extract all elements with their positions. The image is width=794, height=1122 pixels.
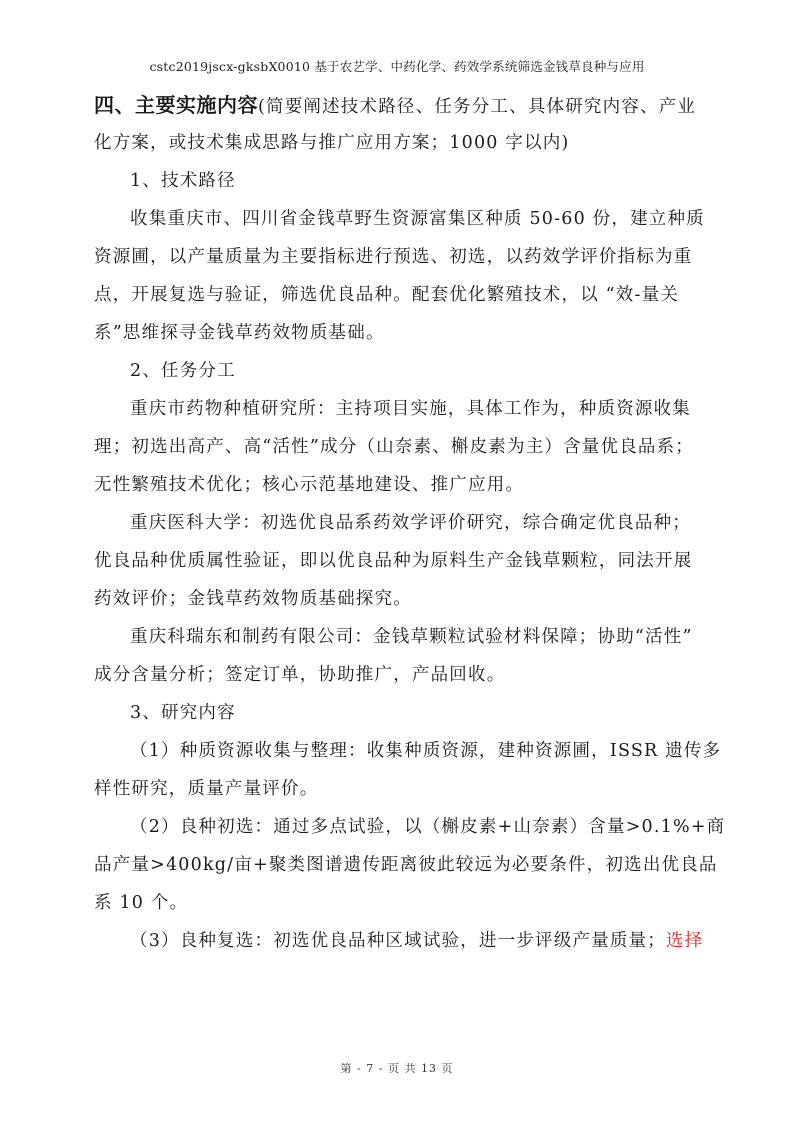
paragraph-line: 药效评价；金钱草药效物质基础探究。 (94, 580, 706, 618)
paragraph-line: 资源圃，以产量质量为主要指标进行预选、初选，以药效学评价指标为重 (94, 238, 706, 276)
paragraph-line: 点，开展复选与验证，筛选优良品种。配套优化繁殖技术，以 “效-量关 (94, 276, 706, 314)
paragraph-line: 重庆科瑞东和制药有限公司：金钱草颗粒试验材料保障；协助“活性” (94, 618, 706, 656)
paragraph-line: 重庆医科大学：初选优良品系药效学评价研究，综合确定优良品种； (94, 504, 706, 542)
paragraph-line: 无性繁殖技术优化；核心示范基地建设、推广应用。 (94, 466, 706, 504)
paragraph-line: 成分含量分析；签定订单，协助推广，产品回收。 (94, 656, 706, 694)
section-title-note: (简要阐述技术路径、任务分工、具体研究内容、产业 (258, 97, 696, 117)
section-title: 四、主要实施内容 (94, 93, 258, 117)
section-title-note-cont: 化方案，或技术集成思路与推广应用方案；1000 字以内) (94, 124, 706, 162)
paragraph-line: （2）良种初选：通过多点试验，以（槲皮素+山奈素）含量>0.1%+商 (94, 808, 706, 846)
paragraph-line: 系 10 个。 (94, 884, 706, 922)
paragraph-line: 样性研究，质量产量评价。 (94, 770, 706, 808)
paragraph-line: 重庆市药物种植研究所：主持项目实施，具体工作为，种质资源收集 (94, 390, 706, 428)
subsection-heading-1: 1、技术路径 (94, 162, 706, 200)
document-body: 四、主要实施内容(简要阐述技术路径、任务分工、具体研究内容、产业 化方案，或技术… (94, 86, 706, 960)
running-header: cstc2019jscx-gksbX0010 基于农艺学、中药化学、药效学系统筛… (0, 57, 794, 75)
paragraph-line: （1）种质资源收集与整理：收集种质资源，建种资源圃，ISSR 遗传多 (94, 732, 706, 770)
paragraph-line: 优良品种优质属性验证，即以优良品种为原料生产金钱草颗粒，同法开展 (94, 542, 706, 580)
paragraph-line: 品产量>400kg/亩+聚类图谱遗传距离彼此较远为必要条件，初选出优良品 (94, 846, 706, 884)
paragraph-line: 收集重庆市、四川省金钱草野生资源富集区种质 50-60 份，建立种质 (94, 200, 706, 238)
highlighted-text: 选择 (666, 931, 703, 951)
paragraph-text: （3）良种复选：初选优良品种区域试验，进一步评级产量质量； (130, 931, 666, 951)
page-number: 第 - 7 - 页 共 13 页 (0, 1060, 794, 1076)
section-title-line: 四、主要实施内容(简要阐述技术路径、任务分工、具体研究内容、产业 (94, 86, 706, 124)
paragraph-line: 系”思维探寻金钱草药效物质基础。 (94, 314, 706, 352)
paragraph-line-last: （3）良种复选：初选优良品种区域试验，进一步评级产量质量；选择 (94, 922, 706, 960)
subsection-heading-2: 2、任务分工 (94, 352, 706, 390)
subsection-heading-3: 3、研究内容 (94, 694, 706, 732)
paragraph-line: 理；初选出高产、高“活性”成分（山奈素、槲皮素为主）含量优良品系； (94, 428, 706, 466)
